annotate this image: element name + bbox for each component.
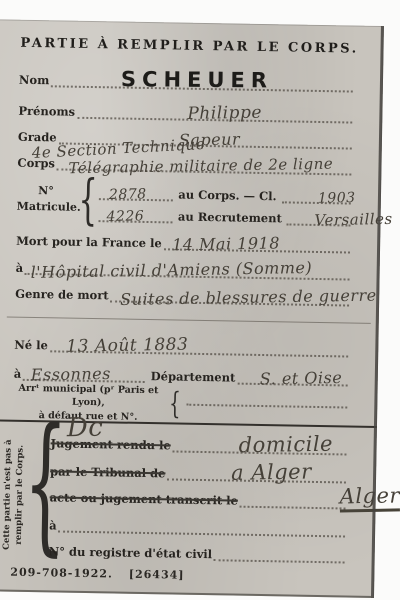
registre-line xyxy=(214,544,345,563)
corps-line: Télégraphie militaire de 2e ligne xyxy=(57,153,352,175)
civil-status-section: Cette partie n'est pas à remplir par le … xyxy=(10,424,347,582)
tribunal-line: a Alger xyxy=(167,463,346,483)
field-civil-place: à xyxy=(49,514,345,537)
nom-value-stamp: SCHEUER xyxy=(121,67,273,92)
field-nom: Nom SCHEUER xyxy=(19,70,353,93)
death-place-value: l'Hôpital civil d'Amiens (Somme) xyxy=(31,258,313,282)
scan-edge-bottom xyxy=(0,589,374,598)
tribunal-label: par le Tribunal de xyxy=(50,466,168,481)
death-date-label: Mort pour la France le xyxy=(16,235,164,250)
matricule-recrutement-number: 4226 xyxy=(107,208,145,225)
death-genre-value: Suites de blessures de guerre xyxy=(121,286,378,309)
prenoms-line: Philippe xyxy=(77,102,353,124)
classe-line: 1903 xyxy=(281,186,351,204)
departement-line: S. et Oise xyxy=(237,368,348,387)
death-place-label: à xyxy=(16,262,26,275)
prenoms-label: Prénoms xyxy=(18,105,77,119)
matricule-label: N° Matricule. xyxy=(17,182,76,216)
corps-value-line2: Télégraphie militaire de 2e ligne xyxy=(69,155,334,178)
nom-line: SCHEUER xyxy=(51,70,353,92)
departement-value: S. et Oise xyxy=(259,368,342,388)
matricule-row-recrutement: 4226 au Recrutement Versailles xyxy=(99,200,351,226)
imprint-number: 209-708-1922. xyxy=(10,566,113,581)
birth-date-label: Né le xyxy=(14,339,50,352)
arrondissement-line xyxy=(186,404,347,409)
section-divider-faint xyxy=(7,317,371,324)
imprint-reference: [26434] xyxy=(129,568,185,582)
death-place-line: l'Hôpital civil d'Amiens (Somme) xyxy=(25,258,350,281)
matricule-rows: 2878 au Corps. — Cl. 1903 4226 au Recrut… xyxy=(99,178,351,226)
field-jugement: Jugement rendu le domicile xyxy=(50,432,346,455)
field-prenoms: Prénoms Philippe xyxy=(18,101,352,124)
civil-place-label: à xyxy=(49,520,59,533)
matricule-corps-number: 2878 xyxy=(109,186,147,203)
form-paper: PARTIE À REMPLIR PAR LE CORPS. Nom SCHEU… xyxy=(0,19,384,598)
matricule-label-line2: Matricule. xyxy=(17,200,81,214)
birth-place-label: à xyxy=(14,368,24,381)
civil-place-line xyxy=(59,515,346,537)
field-death-genre: Genre de mort Suites de blessures de gue… xyxy=(15,284,349,307)
field-tribunal: par le Tribunal de a Alger xyxy=(50,460,346,483)
transcription-value: Alger xyxy=(340,483,400,512)
matricule-block: N° Matricule. { 2878 au Corps. — Cl. 190… xyxy=(16,176,351,228)
death-date-line: 14 Mai 1918 xyxy=(164,233,351,253)
corps-label: Corps xyxy=(17,157,57,170)
jugement-line: domicile xyxy=(173,435,347,455)
birth-date-line: 13 Août 1883 xyxy=(50,335,349,357)
au-corps-label: au Corps. — Cl. xyxy=(173,187,281,203)
scanned-document: PARTIE À REMPLIR PAR LE CORPS. Nom SCHEU… xyxy=(0,0,400,600)
birth-place-line: Essonnes xyxy=(23,364,145,383)
field-transcription: acte ou jugement transcrit le Alger xyxy=(50,486,346,509)
au-recrutement-label: au Recrutement xyxy=(173,209,287,225)
matricule-brace: { xyxy=(78,177,98,223)
arrondissement-brace: { xyxy=(169,388,181,420)
death-genre-line: Suites de blessures de guerre xyxy=(111,285,350,306)
death-date-value: 14 Mai 1918 xyxy=(172,233,280,254)
nom-label: Nom xyxy=(19,74,52,87)
footer-imprint: 209-708-1922. [26434] xyxy=(10,566,184,582)
form-title: PARTIE À REMPLIR PAR LE CORPS. xyxy=(0,35,384,57)
matricule-corps-line: 2878 xyxy=(99,184,173,201)
registre-label: N° du registre d'état civil xyxy=(49,546,215,562)
recrutement-place-line: Versailles xyxy=(287,208,351,226)
matricule-recrutement-line: 4226 xyxy=(99,206,173,223)
field-corps: Corps Télégraphie militaire de 2e ligne xyxy=(17,153,351,176)
field-registre: N° du registre d'état civil xyxy=(49,540,345,563)
tribunal-value: a Alger xyxy=(231,460,312,485)
prenoms-value: Philippe xyxy=(187,103,262,124)
death-genre-label: Genre de mort xyxy=(15,288,111,302)
transcription-line: Alger xyxy=(240,491,346,510)
departement-label: Département xyxy=(145,370,238,384)
matricule-row-corps: 2878 au Corps. — Cl. 1903 xyxy=(99,178,351,204)
field-birth-date: Né le 13 Août 1883 xyxy=(14,335,348,358)
birth-date-value: 13 Août 1883 xyxy=(66,335,188,357)
jugement-label: Jugement rendu le xyxy=(50,438,172,453)
jugement-value: domicile xyxy=(239,432,334,458)
field-death-date: Mort pour la France le 14 Mai 1918 xyxy=(16,231,350,254)
scan-edge-right xyxy=(371,26,384,598)
matricule-label-line1: N° xyxy=(38,184,54,197)
classe-value: 1903 xyxy=(317,190,355,207)
recrutement-place-value: Versailles xyxy=(315,210,393,229)
transcription-label: acte ou jugement transcrit le xyxy=(50,492,240,508)
field-death-place: à l'Hôpital civil d'Amiens (Somme) xyxy=(16,258,350,281)
